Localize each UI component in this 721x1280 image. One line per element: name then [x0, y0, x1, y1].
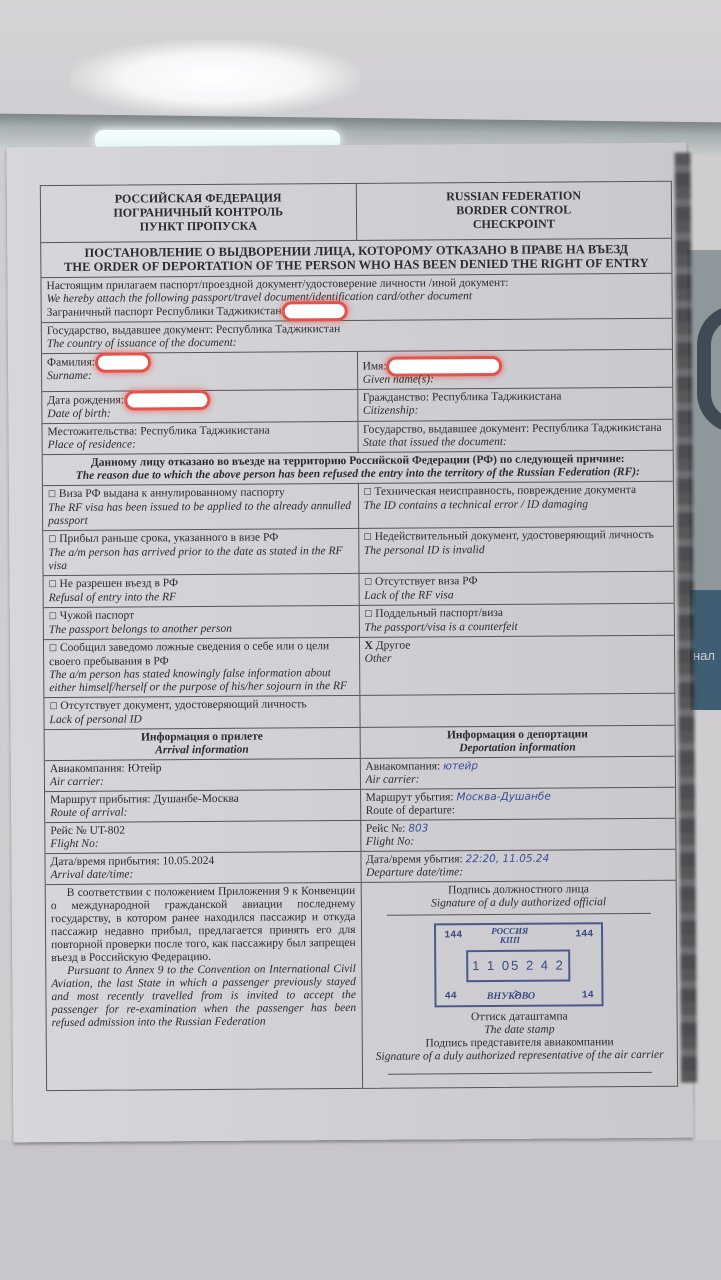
- checkbox-icon: ☐: [49, 702, 57, 712]
- surname-field: Фамилия: Surname:: [42, 352, 357, 391]
- reason-item: ☐ Отсутствует виза РФ Lack of the RF vis…: [358, 572, 674, 605]
- reason-item: ☐ Сообщил заведомо ложные сведения о себ…: [44, 638, 359, 697]
- deportation-date: Дата/время убытия: 22:20, 11.05.24 Depar…: [360, 850, 676, 882]
- info-header-row: Информация о прилете Arrival information…: [45, 726, 675, 761]
- reason-row: ☐ Отсутствует документ, удостоверяющий л…: [44, 694, 674, 730]
- signature-line: [388, 1072, 653, 1075]
- reason-item: ☐ Техническая неисправность, повреждение…: [357, 482, 673, 528]
- title-row: ПОСТАНОВЛЕНИЕ О ВЫДВОРЕНИИ ЛИЦА, КОТОРОМ…: [41, 239, 671, 278]
- reason-row: ☐ Чужой паспорт The passport belongs to …: [44, 604, 674, 640]
- reason-item: ☐ Прибыл раньше срока, указанного в визе…: [43, 529, 358, 575]
- deportation-info-header: Информация о депортации Deportation info…: [359, 726, 675, 758]
- signature-block: Подпись должностного лица Signature of a…: [360, 881, 677, 1088]
- attached-document: Заграничный паспорт Республики Таджикист…: [47, 302, 667, 320]
- checkbox-icon: ☐: [48, 490, 56, 500]
- reason-row: ☐ Виза РФ выдана к аннулированному паспо…: [43, 482, 673, 531]
- reason-item: ☐ Поддельный паспорт/виза The passport/v…: [358, 604, 674, 637]
- checkbox-icon: ☐: [49, 580, 57, 590]
- route-row: Маршрут прибытия: Душанбе-Москва Route o…: [45, 788, 675, 823]
- reason-item-other-checked: X Другое Other: [358, 636, 674, 695]
- reason-row: ☐ Не разрешен въезд в РФ Refusal of entr…: [44, 572, 674, 608]
- checkbox-icon: ☐: [364, 533, 372, 543]
- checkbox-icon: ☐: [49, 612, 57, 622]
- arrival-flight: Рейс № UT-802 Flight No:: [45, 821, 360, 853]
- checked-mark-icon: X: [364, 640, 372, 652]
- arrival-carrier: Авиакомпания: Ютейр Air carrier:: [45, 759, 360, 791]
- residence-field: Местожительства: Республика Таджикистана…: [42, 422, 357, 454]
- deportation-route: Маршрут убытия: Москва-Душанбе Route of …: [360, 788, 676, 820]
- bottom-row: В соответствии с положением Приложения 9…: [46, 881, 677, 1090]
- reason-header-row: Данному лицу отказано во въезде на терри…: [43, 451, 673, 486]
- header-row: РОССИЙСКАЯ ФЕДЕРАЦИЯ ПОГРАНИЧНЫЙ КОНТРОЛ…: [41, 182, 671, 243]
- checkbox-icon: ☐: [364, 578, 372, 588]
- document-title: ПОСТАНОВЛЕНИЕ О ВЫДВОРЕНИИ ЛИЦА, КОТОРОМ…: [41, 239, 671, 277]
- checkbox-icon: ☐: [49, 644, 57, 654]
- reason-row: ☐ Сообщил заведомо ложные сведения о себ…: [44, 636, 674, 698]
- convention-note: В соответствии с положением Приложения 9…: [46, 883, 362, 1090]
- reason-item: ☐ Недействительный документ, удостоверяю…: [358, 527, 674, 573]
- carrier-row: Авиакомпания: Ютейр Air carrier: Авиаком…: [45, 757, 675, 792]
- arrival-info-header: Информация о прилете Arrival information: [45, 728, 360, 760]
- date-stamp: 144 РОССИЯКПП 144 1 1 05 2 4 2 > 44 ВНУК…: [434, 922, 604, 1007]
- residence-row: Местожительства: Республика Таджикистана…: [42, 420, 672, 455]
- deportation-order-document: РОССИЙСКАЯ ФЕДЕРАЦИЯ ПОГРАНИЧНЫЙ КОНТРОЛ…: [7, 143, 694, 1143]
- redaction-mark: [284, 304, 344, 318]
- reason-item: ☐ Чужой паспорт The passport belongs to …: [44, 606, 359, 639]
- deportation-carrier: Авиакомпания: ютейр Air carrier:: [359, 757, 675, 789]
- issuing-country-row: Государство, выдавшее документ: Республи…: [42, 319, 672, 354]
- dob-row: Дата рождения: Date of birth: Гражданств…: [42, 388, 672, 424]
- state-issued-field: Государство, выдавшее документ: Республи…: [357, 420, 673, 452]
- name-row: Фамилия: Surname: Имя: Given name(s):: [42, 350, 672, 392]
- desk-surface: [0, 1140, 721, 1280]
- dob-field: Дата рождения: Date of birth:: [42, 390, 357, 423]
- redaction-mark: [127, 393, 207, 408]
- flight-row: Рейс № UT-802 Flight No: Рейс №: 803 Fli…: [45, 819, 675, 854]
- header-en: RUSSIAN FEDERATION BORDER CONTROL CHECKP…: [355, 182, 671, 240]
- arrival-route: Маршрут прибытия: Душанбе-Москва Route o…: [45, 790, 360, 822]
- reason-item: ☐ Не разрешен въезд в РФ Refusal of entr…: [44, 574, 359, 607]
- checkbox-icon: ☐: [363, 488, 371, 498]
- checkbox-icon: ☐: [364, 610, 372, 620]
- checkbox-icon: ☐: [48, 535, 56, 545]
- redaction-mark: [98, 355, 148, 369]
- light-glare: [70, 40, 360, 115]
- given-name-field: Имя: Given name(s):: [356, 350, 672, 389]
- attach-row: Настоящим прилагаем паспорт/проездной до…: [41, 274, 671, 323]
- reason-row: ☐ Прибыл раньше срока, указанного в визе…: [43, 527, 673, 576]
- citizenship-field: Гражданство: Республика Таджикистана Cit…: [357, 388, 673, 421]
- signature-line: [386, 913, 651, 916]
- date-row: Дата/время прибытия: 10.05.2024 Arrival …: [45, 850, 675, 885]
- deportation-flight: Рейс №: 803 Flight No:: [360, 819, 676, 851]
- redaction-mark: [389, 359, 499, 374]
- form-table: РОССИЙСКАЯ ФЕДЕРАЦИЯ ПОГРАНИЧНЫЙ КОНТРОЛ…: [40, 181, 678, 1091]
- header-ru: РОССИЙСКАЯ ФЕДЕРАЦИЯ ПОГРАНИЧНЫЙ КОНТРОЛ…: [41, 184, 356, 242]
- poster-logo: [697, 305, 721, 433]
- reason-item: ☐ Отсутствует документ, удостоверяющий л…: [44, 696, 359, 729]
- arrival-date: Дата/время прибытия: 10.05.2024 Arrival …: [45, 852, 360, 884]
- reason-item: ☐ Виза РФ выдана к аннулированному паспо…: [43, 484, 358, 530]
